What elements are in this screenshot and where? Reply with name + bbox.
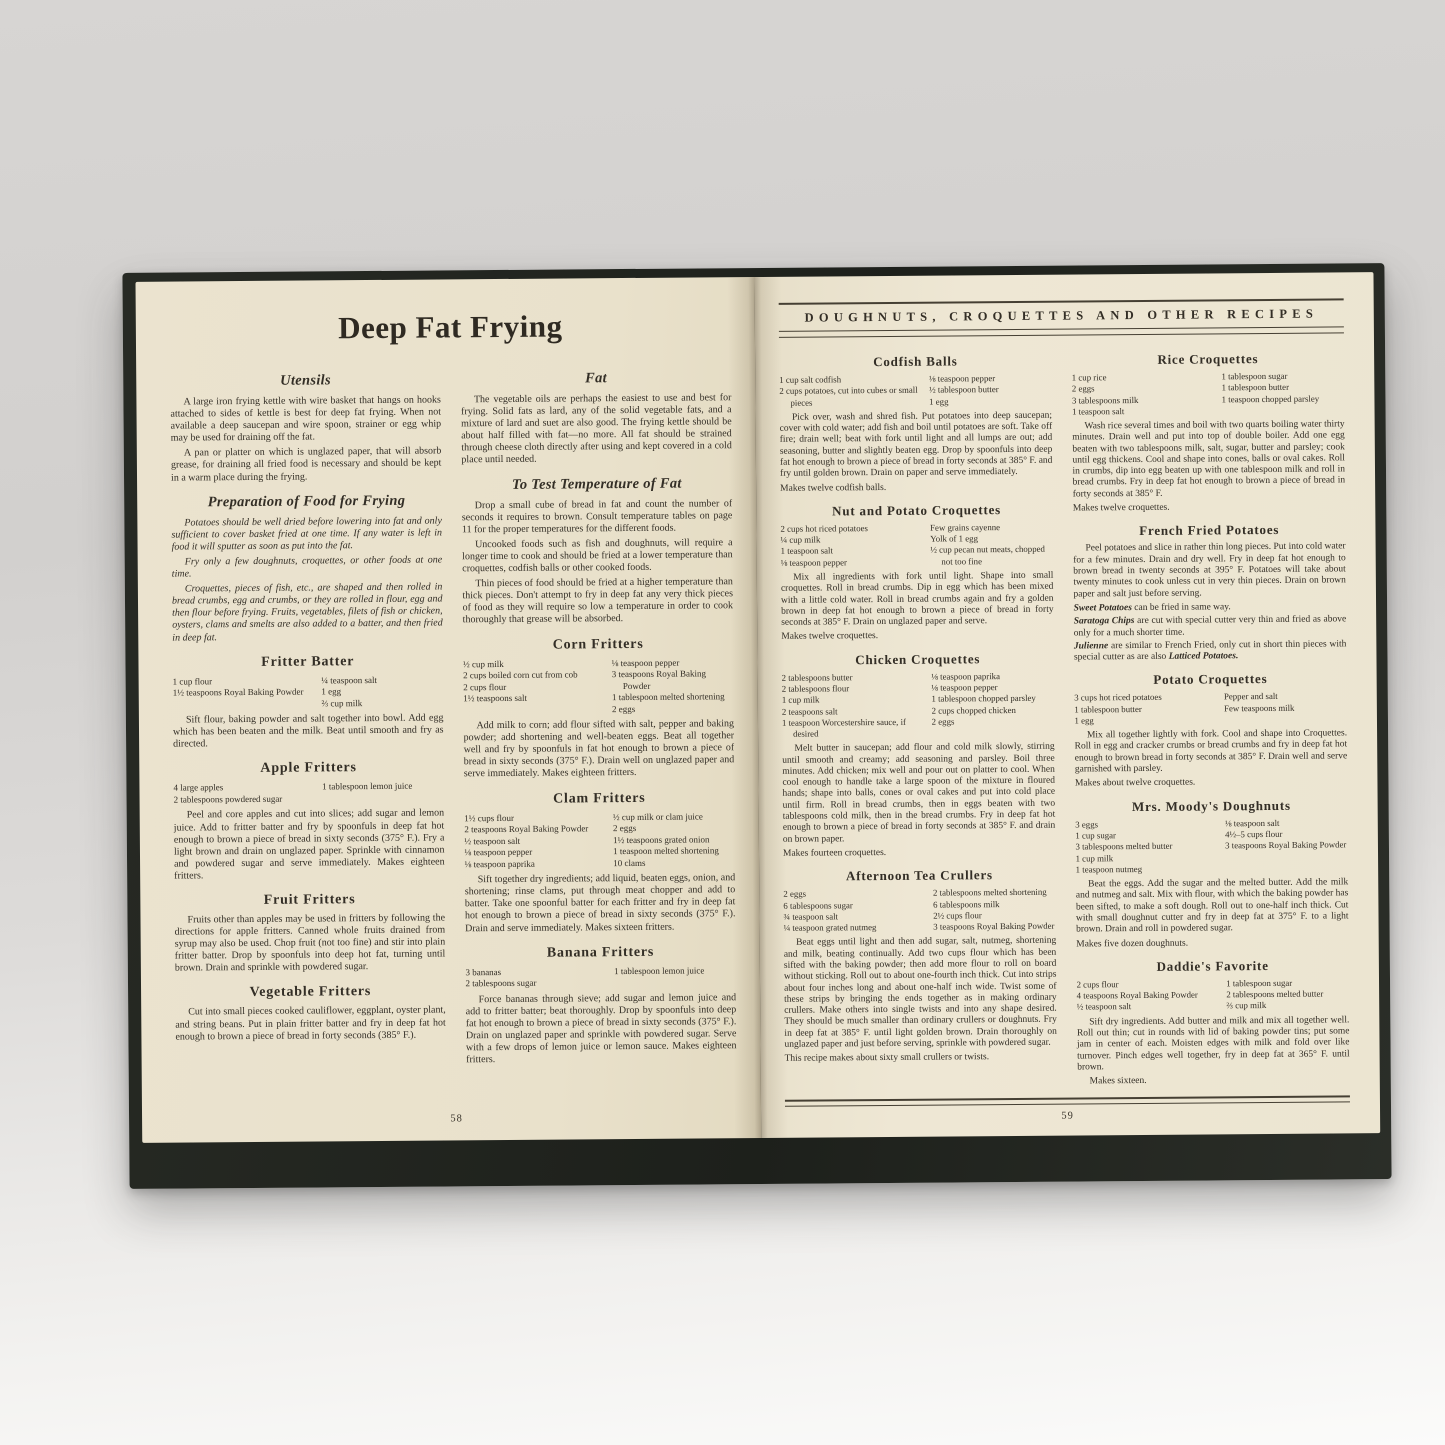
left-page-column-2: Fat The vegetable oils are perhaps the e… — [461, 359, 737, 1113]
recipe-title: Rice Croquettes — [1072, 350, 1345, 368]
ingredient-columns: 2 cups hot riced potatoes¼ cup milk1 tea… — [780, 522, 1053, 569]
paragraph: A large iron frying kettle with wire bas… — [170, 394, 441, 444]
variation-lead: Sweet Potatoes — [1074, 603, 1132, 613]
paragraph: Beat the eggs. Add the sugar and the mel… — [1076, 877, 1349, 936]
ingredient-line: ½ cup pecan nut meats, chopped not too f… — [930, 544, 1053, 567]
paragraph: Sift together dry ingredients; add liqui… — [465, 872, 736, 935]
section-heading: Preparation of Food for Frying — [171, 492, 442, 511]
right-page-column-2: Rice Croquettes 1 cup rice2 eggs3 tables… — [1072, 341, 1350, 1091]
ingredient-list-right: 1 tablespoon lemon juice — [614, 965, 736, 989]
ingredient-line: ⅛ teaspoon pepper — [612, 657, 734, 669]
ingredient-list-left: 1 cup flour1½ teaspoons Royal Baking Pow… — [173, 675, 314, 711]
recipe-fritter-batter: Fritter Batter 1 cup flour1½ teaspoons R… — [172, 653, 443, 751]
paragraph: A pan or platter on which is unglazed pa… — [171, 446, 442, 484]
paragraph: Wash rice several times and boil with tw… — [1072, 419, 1345, 500]
variation-tail: Latticed Potatoes. — [1169, 651, 1239, 662]
ingredient-columns: 3 bananas2 tablespoons sugar 1 tablespoo… — [465, 965, 736, 990]
variation-note: Sweet Potatoes can be fried in same way. — [1074, 601, 1347, 614]
variation-lead: Saratoga Chips — [1074, 616, 1135, 626]
ingredient-line: ½ teaspoon salt — [1077, 1001, 1219, 1013]
ingredient-list-left: 3 bananas2 tablespoons sugar — [465, 966, 606, 990]
ingredient-line: 4 teaspoons Royal Baking Powder — [1077, 990, 1219, 1002]
ingredient-line: 1½ teaspoons salt — [463, 692, 604, 705]
ingredient-list-left: 2 tablespoons butter2 tablespoons flour1… — [782, 671, 924, 740]
right-page-column-1: Codfish Balls 1 cup salt codfish2 cups p… — [779, 344, 1057, 1094]
recipe-instructions: Wash rice several times and boil with tw… — [1072, 419, 1345, 500]
recipe-yield: Makes five dozen doughnuts. — [1076, 937, 1349, 951]
page-right: DOUGHNUTS, CROQUETTES AND OTHER RECIPES … — [754, 272, 1380, 1138]
recipe-title: Codfish Balls — [779, 353, 1052, 371]
ingredient-line: ⅔ cup milk — [1226, 1000, 1349, 1012]
ingredient-list-right: 1 tablespoon sugar2 tablespoons melted b… — [1226, 977, 1349, 1012]
recipe-instructions: Sift together dry ingredients; add liqui… — [465, 872, 736, 935]
ingredient-line: 2 cups chopped chicken — [932, 704, 1055, 716]
recipe-codfish-balls: Codfish Balls 1 cup salt codfish2 cups p… — [779, 353, 1053, 495]
ingredient-list-left: 3 eggs1 cup sugar3 tablespoons melted bu… — [1075, 818, 1217, 875]
ingredient-line: 2 tablespoons melted butter — [1226, 988, 1349, 1000]
paragraph: Beat eggs until light and then add sugar… — [784, 936, 1057, 1051]
ingredient-line: ¼ teaspoon salt — [321, 674, 443, 686]
ingredient-list-left: 1 cup rice2 eggs3 tablespoons milk1 teas… — [1072, 371, 1214, 417]
paragraph: Force bananas through sieve; add sugar a… — [466, 992, 737, 1067]
recipe-yield: This recipe makes about sixty small crul… — [785, 1052, 1058, 1066]
ingredient-line: Pepper and salt — [1224, 691, 1347, 703]
recipe-instructions: Beat eggs until light and then add sugar… — [784, 936, 1057, 1051]
ingredient-line: 1 teaspoon salt — [1072, 405, 1214, 417]
section-heading: To Test Temperature of Fat — [462, 475, 733, 494]
recipe-title: Afternoon Tea Crullers — [783, 867, 1056, 885]
ingredient-line: 6 tablespoons milk — [933, 898, 1056, 910]
recipe-rice-croquettes: Rice Croquettes 1 cup rice2 eggs3 tables… — [1072, 350, 1346, 515]
recipe-title: Apple Fritters — [173, 760, 444, 778]
recipe-instructions: Force bananas through sieve; add sugar a… — [466, 992, 737, 1067]
ingredient-line: 2 tablespoons powdered sugar — [174, 793, 315, 806]
recipe-yield: Makes twelve croquettes. — [781, 630, 1054, 644]
ingredient-list-left: 3 cups hot riced potatoes1 tablespoon bu… — [1074, 692, 1216, 727]
variation-note: Saratoga Chips are cut with special cutt… — [1074, 615, 1347, 640]
recipe-fruit-fritters: Fruit Fritters Fruits other than apples … — [174, 891, 445, 975]
recipe-instructions: Fruits other than apples may be used in … — [174, 912, 445, 975]
ingredient-line: 2 cups potatoes, cut into cubes or small… — [779, 385, 921, 409]
paragraph: Potatoes should be well dried before low… — [171, 515, 442, 553]
recipe-instructions: Peel and core apples and cut into slices… — [174, 808, 445, 883]
variation-text: can be fried in same way. — [1132, 602, 1231, 613]
ingredient-line: 4½–5 cups flour — [1225, 828, 1348, 840]
recipe-instructions: Melt butter in saucepan; add flour and c… — [782, 742, 1055, 846]
ingredient-columns: 1½ cups flour2 teaspoons Royal Baking Po… — [464, 811, 735, 871]
paragraph: Add milk to corn; add flour sifted with … — [463, 718, 734, 781]
recipe-title: Fritter Batter — [172, 653, 443, 671]
paragraph: Mix all together lightly with fork. Cool… — [1075, 729, 1348, 776]
recipe-potato-croquettes: Potato Croquettes 3 cups hot riced potat… — [1074, 671, 1347, 790]
recipe-title: Chicken Croquettes — [781, 650, 1054, 668]
ingredient-line: 3 teaspoons Royal Baking Powder — [933, 921, 1056, 933]
ingredient-line: 1 egg — [321, 686, 443, 698]
ingredient-line: ⅛ teaspoon pepper — [929, 373, 1052, 385]
ingredient-columns: 1 cup rice2 eggs3 tablespoons milk1 teas… — [1072, 370, 1345, 417]
paragraph: Peel and core apples and cut into slices… — [174, 808, 445, 883]
paragraph: Pick over, wash and shred fish. Put pota… — [780, 410, 1053, 480]
ingredient-line: 2 eggs — [612, 703, 734, 715]
ingredient-columns: 2 eggs6 tablespoons sugar¾ teaspoon salt… — [783, 887, 1056, 934]
ingredient-line: 1 tablespoon melted shortening — [612, 691, 734, 703]
recipe-corn-fritters: Corn Fritters ½ cup milk2 cups boiled co… — [463, 636, 735, 781]
book-photo: Deep Fat Frying Utensils A large iron fr… — [0, 0, 1445, 1445]
paragraph: Thin pieces of food should be fried at a… — [462, 576, 733, 626]
ingredient-line: 1½ teaspoons grated onion — [613, 834, 735, 846]
recipe-chicken-croquettes: Chicken Croquettes 2 tablespoons butter2… — [781, 650, 1055, 860]
ingredient-list-right: Pepper and saltFew teaspoons milk — [1224, 691, 1347, 726]
section-heading: Utensils — [170, 371, 441, 390]
section-preparation: Preparation of Food for Frying Potatoes … — [171, 492, 443, 644]
page-left: Deep Fat Frying Utensils A large iron fr… — [135, 277, 761, 1143]
ingredient-list-left: 1½ cups flour2 teaspoons Royal Baking Po… — [464, 812, 605, 871]
recipe-title: French Fried Potatoes — [1073, 522, 1346, 540]
recipe-title: Daddie's Favorite — [1076, 957, 1349, 975]
recipe-instructions: Sift flour, baking powder and salt toget… — [173, 713, 444, 751]
ingredient-list-left: 4 large apples2 tablespoons powdered sug… — [173, 782, 314, 806]
ingredient-line: 2 teaspoons Royal Baking Powder — [464, 823, 605, 836]
ingredient-line: ½ cup milk or clam juice — [613, 811, 735, 823]
ingredient-columns: ½ cup milk2 cups boiled corn cut from co… — [463, 657, 734, 717]
ingredient-line: ⅛ teaspoon pepper — [781, 556, 923, 568]
paragraph: Makes sixteen. — [1077, 1074, 1350, 1087]
recipe-vegetable-fritters: Vegetable Fritters Cut into small pieces… — [175, 984, 446, 1043]
ingredient-list-right: ⅛ teaspoon pepper½ tablespoon butter1 eg… — [929, 373, 1052, 408]
footer-rules — [785, 1095, 1350, 1106]
ingredient-line: 1 tablespoon lemon juice — [614, 965, 736, 977]
chapter-title: DOUGHNUTS, CROQUETTES AND OTHER RECIPES — [779, 306, 1344, 325]
ingredient-line: 1 teaspoon chopped parsley — [1222, 393, 1345, 405]
ingredient-columns: 1 cup flour1½ teaspoons Royal Baking Pow… — [173, 674, 444, 711]
recipe-yield: Makes twelve codfish balls. — [780, 481, 1053, 495]
paragraph: Peel potatoes and slice in rather thin l… — [1073, 542, 1346, 601]
ingredient-columns: 2 tablespoons butter2 tablespoons flour1… — [782, 670, 1055, 740]
ingredient-list-left: 1 cup salt codfish2 cups potatoes, cut i… — [779, 374, 921, 409]
recipe-mrs-moodys-doughnuts: Mrs. Moody's Doughnuts 3 eggs1 cup sugar… — [1075, 797, 1349, 950]
ingredient-line: Few teaspoons milk — [1224, 702, 1347, 714]
ingredient-line: 2 tablespoons melted shortening — [933, 887, 1056, 899]
ingredient-line: ⅛ teaspoon paprika — [931, 670, 1054, 682]
ingredient-list-right: ⅛ teaspoon pepper3 teaspoons Royal Bakin… — [612, 657, 734, 716]
recipe-title: Fruit Fritters — [174, 891, 445, 909]
recipe-instructions: Mix all together lightly with fork. Cool… — [1075, 729, 1348, 776]
recipe-afternoon-tea-crullers: Afternoon Tea Crullers 2 eggs6 tablespoo… — [783, 867, 1057, 1065]
ingredient-line: 1 teaspoon Worcestershire sauce, if desi… — [782, 716, 924, 740]
ingredient-columns: 3 cups hot riced potatoes1 tablespoon bu… — [1074, 691, 1347, 727]
paragraph: Melt butter in saucepan; add flour and c… — [782, 742, 1055, 846]
recipe-banana-fritters: Banana Fritters 3 bananas2 tablespoons s… — [465, 944, 736, 1067]
ingredient-line: 2½ cups flour — [933, 910, 1056, 922]
ingredient-line: ⅛ teaspoon salt — [1225, 817, 1348, 829]
recipe-title: Vegetable Fritters — [175, 984, 446, 1002]
section-fat: Fat The vegetable oils are perhaps the e… — [461, 369, 732, 467]
paragraph: Drop a small cube of bread in fat and co… — [462, 498, 733, 536]
recipe-instructions: Pick over, wash and shred fish. Put pota… — [780, 410, 1053, 480]
left-page-columns: Utensils A large iron frying kettle with… — [170, 359, 737, 1115]
page-title: Deep Fat Frying — [170, 307, 731, 347]
ingredient-line: ⅛ teaspoon pepper — [931, 682, 1054, 694]
ingredient-list-right: ¼ teaspoon salt1 egg⅔ cup milk — [321, 674, 443, 710]
section-body: Drop a small cube of bread in fat and co… — [462, 498, 733, 627]
ingredient-columns: 2 cups flour4 teaspoons Royal Baking Pow… — [1077, 977, 1350, 1013]
ingredient-line: 1 tablespoon sugar — [1226, 977, 1349, 989]
ingredient-list-right: ⅛ teaspoon salt4½–5 cups flour3 teaspoon… — [1225, 817, 1348, 874]
ingredient-list-left: 2 cups flour4 teaspoons Royal Baking Pow… — [1077, 978, 1219, 1013]
paragraph: The vegetable oils are perhaps the easie… — [461, 392, 732, 467]
ingredient-line: ⅛ teaspoon paprika — [465, 858, 606, 871]
ingredient-list-right: ½ cup milk or clam juice2 eggs1½ teaspoo… — [613, 811, 735, 870]
recipe-instructions: Mix all ingredients with fork until ligh… — [781, 571, 1054, 630]
paragraph: Mix all ingredients with fork until ligh… — [781, 571, 1054, 630]
ingredient-line: ¼ teaspoon grated nutmeg — [784, 922, 926, 934]
paragraph: Croquettes, pieces of fish, etc., are sh… — [172, 582, 443, 645]
recipe-instructions: Sift dry ingredients. Add butter and mil… — [1077, 1015, 1350, 1088]
paragraph: Fry only a few doughnuts, croquettes, or… — [172, 554, 443, 580]
recipe-title: Potato Croquettes — [1074, 671, 1347, 689]
ingredient-list-right: 2 tablespoons melted shortening6 tablesp… — [933, 887, 1056, 933]
ingredient-list-left: 2 eggs6 tablespoons sugar¾ teaspoon salt… — [783, 888, 925, 934]
paragraph: Sift flour, baking powder and salt toget… — [173, 713, 444, 751]
right-page-columns: Codfish Balls 1 cup salt codfish2 cups p… — [779, 341, 1350, 1093]
recipe-instructions: Add milk to corn; add flour sifted with … — [463, 718, 734, 781]
ingredient-line: Yolk of 1 egg — [930, 533, 1053, 545]
ingredient-line: 1 egg — [929, 395, 1052, 407]
recipe-title: Nut and Potato Croquettes — [780, 502, 1053, 520]
ingredient-columns: 4 large apples2 tablespoons powdered sug… — [173, 781, 444, 806]
ingredient-line: 1 teaspoon melted shortening — [613, 845, 735, 857]
ingredient-line: 1 tablespoon lemon juice — [322, 781, 444, 793]
header-rule-top — [779, 298, 1344, 304]
variation-note: Julienne are similar to French Fried, on… — [1074, 639, 1347, 664]
chapter-header: DOUGHNUTS, CROQUETTES AND OTHER RECIPES — [779, 298, 1344, 337]
ingredient-list-left: ½ cup milk2 cups boiled corn cut from co… — [463, 658, 604, 717]
recipe-title: Mrs. Moody's Doughnuts — [1075, 797, 1348, 815]
recipe-instructions: Beat the eggs. Add the sugar and the mel… — [1076, 877, 1349, 936]
ingredient-line: 1 tablespoon butter — [1222, 382, 1345, 394]
ingredient-line: Few grains cayenne — [930, 522, 1053, 534]
paragraph: Uncooked foods such as fish and doughnut… — [462, 537, 733, 575]
section-body: The vegetable oils are perhaps the easie… — [461, 392, 732, 467]
recipe-title: Corn Fritters — [463, 636, 734, 654]
header-rule-bottom — [779, 326, 1344, 337]
recipe-apple-fritters: Apple Fritters 4 large apples2 tablespoo… — [173, 760, 444, 883]
ingredient-line: 1½ teaspoons Royal Baking Powder — [173, 687, 314, 700]
left-page-column-1: Utensils A large iron frying kettle with… — [170, 361, 446, 1115]
recipe-title: Clam Fritters — [464, 790, 735, 808]
ingredient-line: 1 teaspoon nutmeg — [1076, 863, 1218, 875]
ingredient-columns: 1 cup salt codfish2 cups potatoes, cut i… — [779, 373, 1052, 409]
paragraph: Cut into small pieces cooked cauliflower… — [175, 1005, 446, 1043]
paragraph: Sift dry ingredients. Add butter and mil… — [1077, 1015, 1350, 1074]
ingredient-line: 3 teaspoons Royal Baking Powder — [612, 668, 734, 692]
recipe-instructions: Cut into small pieces cooked cauliflower… — [175, 1005, 446, 1043]
open-cookbook: Deep Fat Frying Utensils A large iron fr… — [122, 263, 1391, 1189]
recipe-french-fried-potatoes: French Fried Potatoes Peel potatoes and … — [1073, 522, 1347, 664]
ingredient-line: 1 tablespoon sugar — [1221, 370, 1344, 382]
recipe-clam-fritters: Clam Fritters 1½ cups flour2 teaspoons R… — [464, 790, 736, 935]
ingredient-list-right: Few grains cayenneYolk of 1 egg½ cup pec… — [930, 522, 1053, 568]
page-spread: Deep Fat Frying Utensils A large iron fr… — [135, 272, 1380, 1143]
variation-lead: Julienne — [1074, 641, 1108, 651]
section-test-temperature: To Test Temperature of Fat Drop a small … — [462, 475, 734, 627]
ingredient-list-right: 1 tablespoon sugar1 tablespoon butter1 t… — [1221, 370, 1344, 416]
ingredient-list-right: 1 tablespoon lemon juice — [322, 781, 444, 805]
recipe-yield: Makes fourteen croquettes. — [783, 847, 1056, 861]
section-utensils: Utensils A large iron frying kettle with… — [170, 371, 441, 484]
recipe-instructions: Peel potatoes and slice in rather thin l… — [1073, 542, 1346, 601]
ingredient-list-left: 2 cups hot riced potatoes¼ cup milk1 tea… — [780, 523, 922, 569]
ingredient-line: ⅔ cup milk — [321, 697, 443, 709]
page-number-right: 59 — [785, 1108, 1350, 1123]
ingredient-line: 2 eggs — [932, 715, 1055, 727]
section-heading: Fat — [461, 369, 732, 388]
ingredient-line: 2 tablespoons sugar — [465, 977, 606, 990]
recipe-title: Banana Fritters — [465, 944, 736, 962]
ingredient-columns: 3 eggs1 cup sugar3 tablespoons melted bu… — [1075, 817, 1348, 875]
ingredient-line: 1 tablespoon chopped parsley — [931, 693, 1054, 705]
ingredient-line: ½ tablespoon butter — [929, 384, 1052, 396]
ingredient-line: 10 clams — [613, 857, 735, 869]
recipe-yield: Makes about twelve croquettes. — [1075, 777, 1348, 791]
section-body: A large iron frying kettle with wire bas… — [170, 394, 441, 484]
ingredient-line: 2 eggs — [613, 822, 735, 834]
recipe-nut-potato-croquettes: Nut and Potato Croquettes 2 cups hot ric… — [780, 502, 1054, 644]
section-body: Potatoes should be well dried before low… — [171, 515, 442, 644]
recipe-yield: Makes twelve croquettes. — [1073, 501, 1346, 515]
ingredient-line: 1 egg — [1074, 714, 1216, 726]
recipe-daddies-favorite: Daddie's Favorite 2 cups flour4 teaspoon… — [1076, 957, 1350, 1088]
ingredient-line: 3 teaspoons Royal Baking Powder — [1225, 840, 1348, 852]
ingredient-list-right: ⅛ teaspoon paprika⅛ teaspoon pepper1 tab… — [931, 670, 1054, 738]
paragraph: Fruits other than apples may be used in … — [174, 912, 445, 975]
